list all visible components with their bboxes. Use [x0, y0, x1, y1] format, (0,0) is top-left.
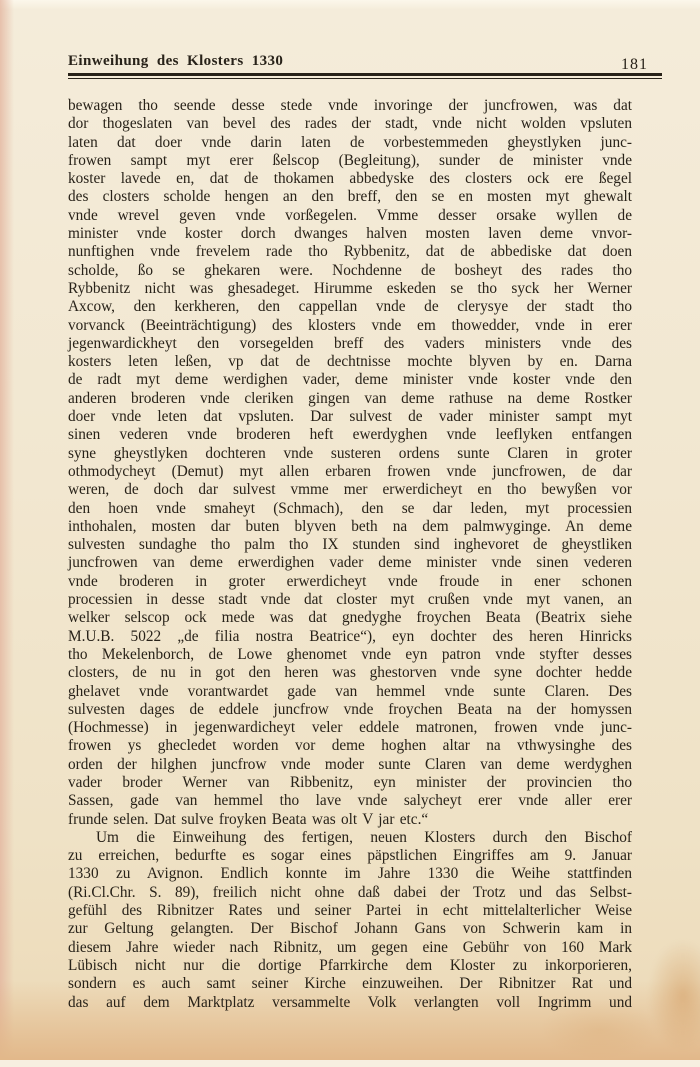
- running-header: Einweihung des Klosters 1330 181: [68, 52, 662, 70]
- text-line: sulvesten dages de eddele juncfrow vnde …: [68, 701, 632, 719]
- text-line: tho Mekelenborch, de Lowe ghenomet vnde …: [68, 646, 632, 664]
- text-line: doer vnde leten dat vpsluten. Dar sulves…: [68, 408, 632, 426]
- text-line: Sassen, gade van hemmel tho lave vnde sa…: [68, 792, 632, 810]
- text-line: 1330 zu Avignon. Endlich konnte im Jahre…: [68, 865, 632, 883]
- text-line: zur Geltung gelangten. Der Bischof Johan…: [68, 920, 632, 938]
- text-line: processien in desse stadt vnde dat clost…: [68, 591, 632, 609]
- text-line: bewagen tho seende desse stede vnde invo…: [68, 97, 632, 115]
- text-line: frowen sampt myt erer ßelscop (Begleitun…: [68, 152, 632, 170]
- text-line: vader broder Werner van Ribbenitz, eyn m…: [68, 774, 632, 792]
- text-line: jegenwardickheyt den vorsegelden breff d…: [68, 335, 632, 353]
- text-line: Rybbenitz nicht was ghesadeget. Hirumme …: [68, 280, 632, 298]
- running-header-title: Einweihung des Klosters 1330: [68, 53, 283, 70]
- text-line: vnde wrevel geven vnde vorßegelen. Vmme …: [68, 207, 632, 225]
- text-line: juncfrowen van deme erwerdighen vader de…: [68, 554, 632, 572]
- page-edge-top: [0, 0, 700, 10]
- text-line: vorvanck (Beeinträchtigung) des klosters…: [68, 317, 632, 335]
- text-line: (Hochmesse) in jegenwardicheyt veler edd…: [68, 719, 632, 737]
- text-line: gefühl des Ribnitzer Rates und seiner Pa…: [68, 902, 632, 920]
- text-line: sulvesten sundaghe tho palm tho IX stund…: [68, 536, 632, 554]
- text-line: de radt myt deme werdighen vader, deme m…: [68, 371, 632, 389]
- text-line: Um die Einweihung des fertigen, neuen Kl…: [68, 829, 632, 847]
- text-line: des closters scholde hengen an den breff…: [68, 188, 632, 206]
- text-line: orden der hilghen juncfrow vnde moder su…: [68, 756, 632, 774]
- text-line: welker selscop ock mede was dat gnedyghe…: [68, 609, 632, 627]
- scanner-bed-strip: [0, 1060, 700, 1067]
- text-line: sinen vederen vnde broderen heft ewerdyg…: [68, 426, 632, 444]
- text-line: scholde, ßo se ghekaren were. Nochdenne …: [68, 262, 632, 280]
- text-line: dor thogeslaten van bevel des rades der …: [68, 115, 632, 133]
- text-line: frowen ys ghecledet worden vor deme hogh…: [68, 737, 632, 755]
- header-double-rule: [68, 73, 662, 79]
- text-line: Axcow, den kerkheren, den cappellan vnde…: [68, 298, 632, 316]
- text-line: ghelavet vnde vorantwardet gade van hemm…: [68, 683, 632, 701]
- text-line: weren, de doch dar sulvest vmme mer erwe…: [68, 481, 632, 499]
- paragraph: Um die Einweihung des fertigen, neuen Kl…: [68, 829, 632, 1012]
- text-line: sondern es auch samt seiner Kirche einzu…: [68, 975, 632, 993]
- text-block: bewagen tho seende desse stede vnde invo…: [68, 97, 632, 1012]
- text-line: frunde selen. Dat sulve froyken Beata wa…: [68, 811, 632, 829]
- paragraph: bewagen tho seende desse stede vnde invo…: [68, 97, 632, 829]
- text-line: zu erreichen, bedurfte es sogar eines pä…: [68, 847, 632, 865]
- text-line: syne gheystlyken dochteren vnde susteren…: [68, 445, 632, 463]
- text-line: den hoen vnde smaheyt (Schmach), den se …: [68, 500, 632, 518]
- text-line: laten dat doer vnde darin laten de vorbe…: [68, 134, 632, 152]
- text-line: othmodycheyt (Demut) myt allen erbaren f…: [68, 463, 632, 481]
- page-content: Einweihung des Klosters 1330 181 bewagen…: [68, 52, 632, 1012]
- text-line: nunftighen vnde frevelem rade tho Rybben…: [68, 243, 632, 261]
- text-line: (Ri.Cl.Chr. S. 89), freilich nicht ohne …: [68, 884, 632, 902]
- text-line: minister vnde koster dorch dwanges halve…: [68, 225, 632, 243]
- text-line: closters, de nu in got den heren was ghe…: [68, 664, 632, 682]
- text-line: M.U.B. 5022 „de filia nostra Beatrice“),…: [68, 628, 632, 646]
- text-line: Lübisch nicht nur die dortige Pfarrkirch…: [68, 957, 632, 975]
- text-line: das auf dem Marktplatz versammelte Volk …: [68, 994, 632, 1012]
- page-edge-left: [0, 0, 14, 1067]
- text-line: koster lavede en, dat de thokamen abbedy…: [68, 170, 632, 188]
- text-line: diesem Jahre wieder nach Ribnitz, um geg…: [68, 939, 632, 957]
- scanned-book-page: Einweihung des Klosters 1330 181 bewagen…: [0, 0, 700, 1067]
- text-line: inthohalen, mosten dar buten blyven beth…: [68, 518, 632, 536]
- text-line: kosters leten leßen, vp dat de dechtniss…: [68, 353, 632, 371]
- text-line: anderen broderen vnde cleriken gingen va…: [68, 390, 632, 408]
- scan-stain: [648, 940, 700, 1050]
- page-number: 181: [621, 56, 662, 74]
- text-line: vnde broderen in groter erwerdicheyt vnd…: [68, 573, 632, 591]
